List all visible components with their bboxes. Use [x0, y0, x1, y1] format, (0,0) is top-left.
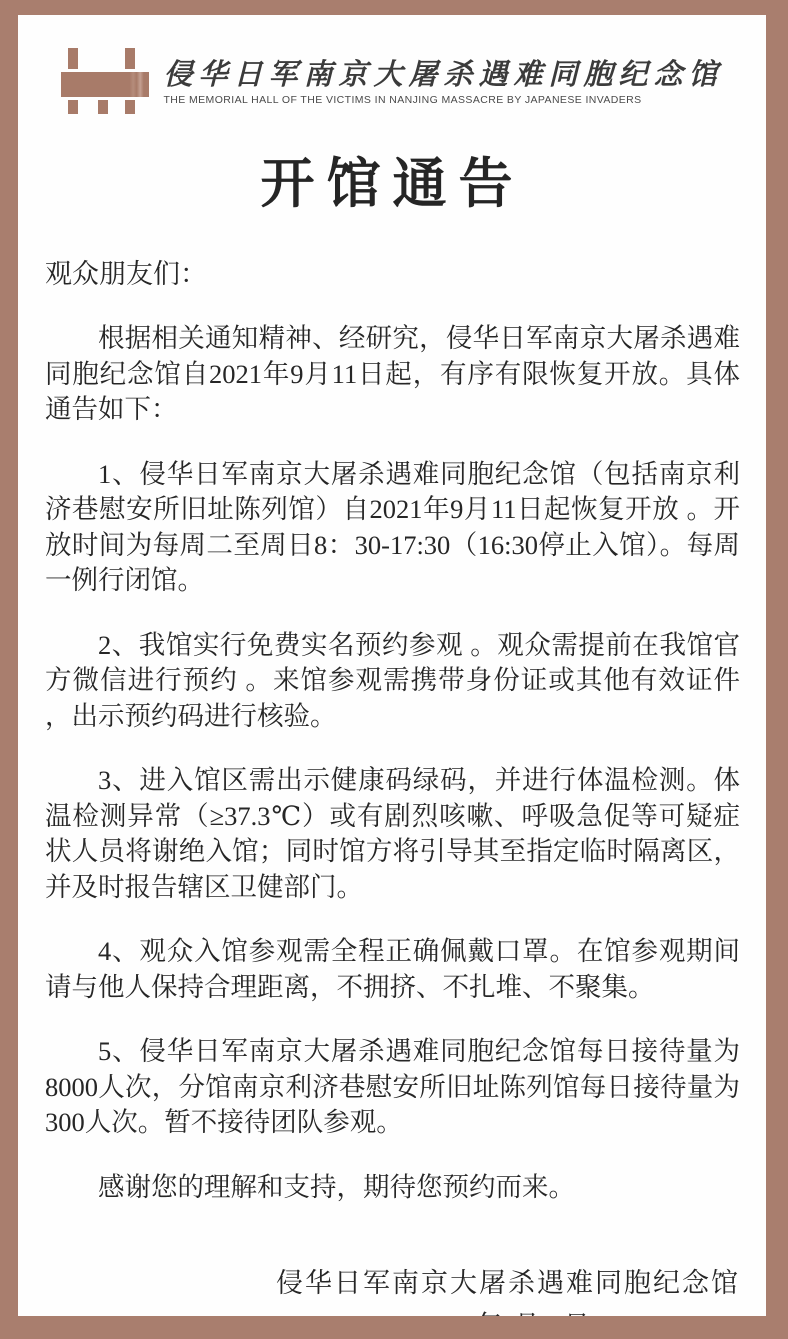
paragraph-item-5: 5、侵华日军南京大屠杀遇难同胞纪念馆每日接待量为8000人次，分馆南京利济巷慰安…	[45, 1034, 740, 1141]
logo-pillar	[98, 100, 108, 114]
logo-pillar	[125, 48, 135, 69]
logo-beam	[61, 72, 149, 97]
signature-block: 侵华日军南京大屠杀遇难同胞纪念馆 2021年9月10日	[276, 1265, 740, 1316]
salutation: 观众朋友们：	[45, 256, 740, 292]
paragraph-item-1: 1、侵华日军南京大屠杀遇难同胞纪念馆（包括南京利济巷慰安所旧址陈列馆）自2021…	[45, 457, 740, 599]
closing-line: 感谢您的理解和支持，期待您预约而来。	[45, 1170, 740, 1206]
page-frame: 侵华日军南京大屠杀遇难同胞纪念馆 THE MEMORIAL HALL OF TH…	[0, 0, 788, 1339]
notice-title: 开馆通告	[45, 154, 740, 214]
signature-org: 侵华日军南京大屠杀遇难同胞纪念馆	[276, 1265, 740, 1301]
logo-pillar	[68, 48, 78, 69]
notice-document: 侵华日军南京大屠杀遇难同胞纪念馆 THE MEMORIAL HALL OF TH…	[18, 15, 766, 1316]
paragraph-item-3: 3、进入馆区需出示健康码绿码，并进行体温检测。体温检测异常（≥37.3℃）或有剧…	[45, 763, 740, 905]
header-titles: 侵华日军南京大屠杀遇难同胞纪念馆 THE MEMORIAL HALL OF TH…	[163, 48, 723, 106]
memorial-hall-logo-icon	[61, 48, 149, 114]
logo-pillar	[68, 100, 78, 114]
paragraph-intro: 根据相关通知精神、经研究，侵华日军南京大屠杀遇难同胞纪念馆自2021年9月11日…	[45, 321, 740, 428]
notice-date: 2021年9月10日	[276, 1309, 740, 1316]
logo-pillar	[125, 100, 135, 114]
org-name-chinese: 侵华日军南京大屠杀遇难同胞纪念馆	[163, 58, 723, 92]
paragraph-item-4: 4、观众入馆参观需全程正确佩戴口罩。在馆参观期间请与他人保持合理距离，不拥挤、不…	[45, 934, 740, 1005]
org-name-english: THE MEMORIAL HALL OF THE VICTIMS IN NANJ…	[163, 94, 723, 106]
document-header: 侵华日军南京大屠杀遇难同胞纪念馆 THE MEMORIAL HALL OF TH…	[61, 48, 723, 114]
paragraph-item-2: 2、我馆实行免费实名预约参观 。观众需提前在我馆官方微信进行预约 。来馆参观需携…	[45, 628, 740, 735]
